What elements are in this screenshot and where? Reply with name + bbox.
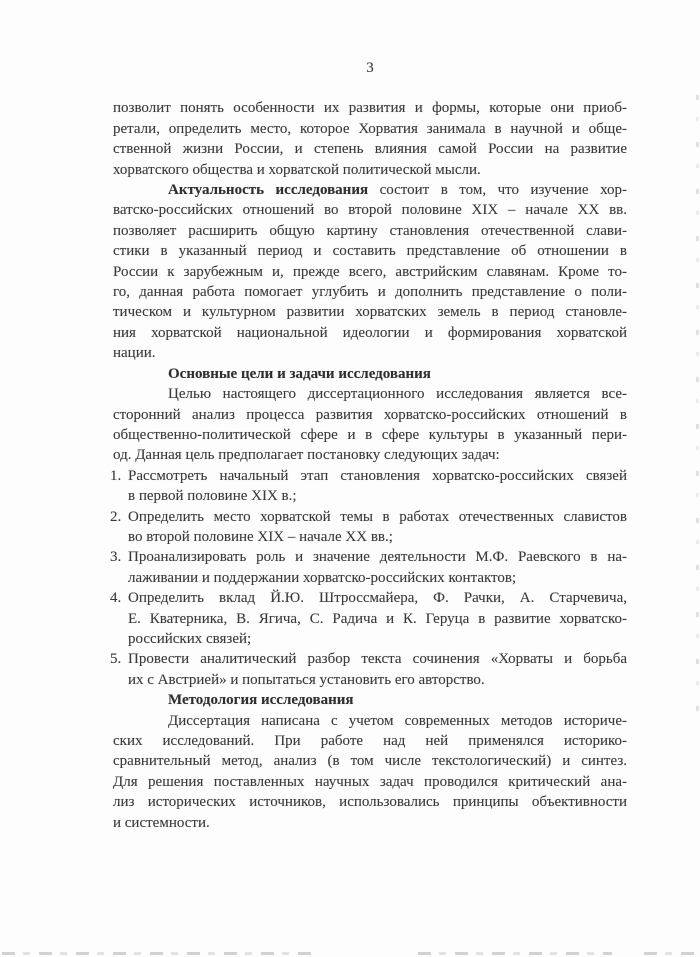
list-item-number: 1.: [110, 466, 121, 486]
list-item: 1.Рассмотреть начальный этап становления…: [113, 466, 627, 507]
text-line: их с Австрией» и попытаться установить е…: [128, 670, 627, 690]
text-line: во второй половине XIX – начале XX вв.;: [128, 527, 627, 547]
text-line: тическом и культурном развитии хорватски…: [113, 302, 627, 322]
text-line: ретали, определить место, которое Хорват…: [113, 119, 627, 139]
text-line: Е. Кватерника, В. Ягича, С. Радича и К. …: [128, 609, 627, 629]
text-run: состоит в том, что изучение хор-: [368, 182, 627, 198]
section-heading: Основные цели и задачи исследования: [113, 364, 627, 384]
text-line: ватско-российских отношений во второй по…: [113, 200, 627, 220]
list-item-number: 4.: [110, 588, 121, 608]
paragraph: позволит понять особенности их развития …: [113, 98, 627, 180]
text-line: Проанализировать роль и значение деятель…: [128, 547, 627, 567]
list-item: 4.Определить вклад Й.Ю. Штроссмайера, Ф.…: [113, 588, 627, 649]
text-line: Целью настоящего диссертационного исслед…: [113, 384, 627, 404]
text-line: стики в указанный период и составить пре…: [113, 241, 627, 261]
text-line: нации.: [113, 343, 627, 363]
numbered-list: 1.Рассмотреть начальный этап становления…: [113, 466, 627, 690]
list-item-number: 3.: [110, 547, 121, 567]
text-line: сравнительный метод, анализ (в том числе…: [113, 751, 627, 771]
paragraph: Целью настоящего диссертационного исслед…: [113, 384, 627, 466]
text-line: Провести аналитический разбор текста соч…: [128, 649, 627, 669]
text-line: России к зарубежным и, прежде всего, авс…: [113, 262, 627, 282]
scan-artifact-bottom-right: [644, 952, 698, 955]
section-heading: Методология исследования: [113, 690, 627, 710]
text-line: сторонний анализ процесса развития хорва…: [113, 405, 627, 425]
text-line: позволит понять особенности их развития …: [113, 98, 627, 118]
document-page: 3 позволит понять особенности их развити…: [0, 0, 700, 957]
text-line: ния хорватской национальной идеологии и …: [113, 323, 627, 343]
text-line: позволяет расширить общую картину станов…: [113, 221, 627, 241]
paragraph: Актуальность исследования состоит в том,…: [113, 180, 627, 364]
text-block: 3 позволит понять особенности их развити…: [113, 58, 627, 833]
text-line: Рассмотреть начальный этап становления х…: [128, 466, 627, 486]
document-content: позволит понять особенности их развития …: [113, 98, 627, 833]
text-line: Актуальность исследования состоит в том,…: [113, 180, 627, 200]
text-line: Для решения поставленных научных задач п…: [113, 772, 627, 792]
text-line: российских связей;: [128, 629, 627, 649]
text-line: и системности.: [113, 813, 627, 833]
text-line: Определить вклад Й.Ю. Штроссмайера, Ф. Р…: [128, 588, 627, 608]
scan-artifact-bottom-middle: [418, 952, 612, 955]
scan-artifact-bottom-left: [2, 952, 318, 955]
list-item-number: 5.: [110, 649, 121, 669]
list-item: 2.Определить место хорватской темы в раб…: [113, 507, 627, 548]
list-item: 5.Провести аналитический разбор текста с…: [113, 649, 627, 690]
page-number: 3: [113, 58, 627, 78]
text-line: хорватского общества и хорватской полити…: [113, 160, 627, 180]
text-line: ских исследований. При работе над ней пр…: [113, 731, 627, 751]
text-line: лаживании и поддержании хорватско-россий…: [128, 568, 627, 588]
list-item-number: 2.: [110, 507, 121, 527]
text-line: в первой половине XIX в.;: [128, 486, 627, 506]
text-line: Диссертация написана с учетом современны…: [113, 711, 627, 731]
scan-artifact-right-edge: [696, 95, 699, 715]
text-line: ственной жизни России, и степень влияния…: [113, 139, 627, 159]
paragraph: Диссертация написана с учетом современны…: [113, 711, 627, 833]
text-line: од. Данная цель предполагает постановку …: [113, 445, 627, 465]
bold-lead-in: Актуальность исследования: [168, 182, 368, 198]
list-item: 3.Проанализировать роль и значение деяте…: [113, 547, 627, 588]
text-line: го, данная работа помогает углубить и до…: [113, 282, 627, 302]
text-line: лиз исторических источников, использовал…: [113, 792, 627, 812]
text-line: Определить место хорватской темы в работ…: [128, 507, 627, 527]
text-line: общественно-политической сфере и в сфере…: [113, 425, 627, 445]
